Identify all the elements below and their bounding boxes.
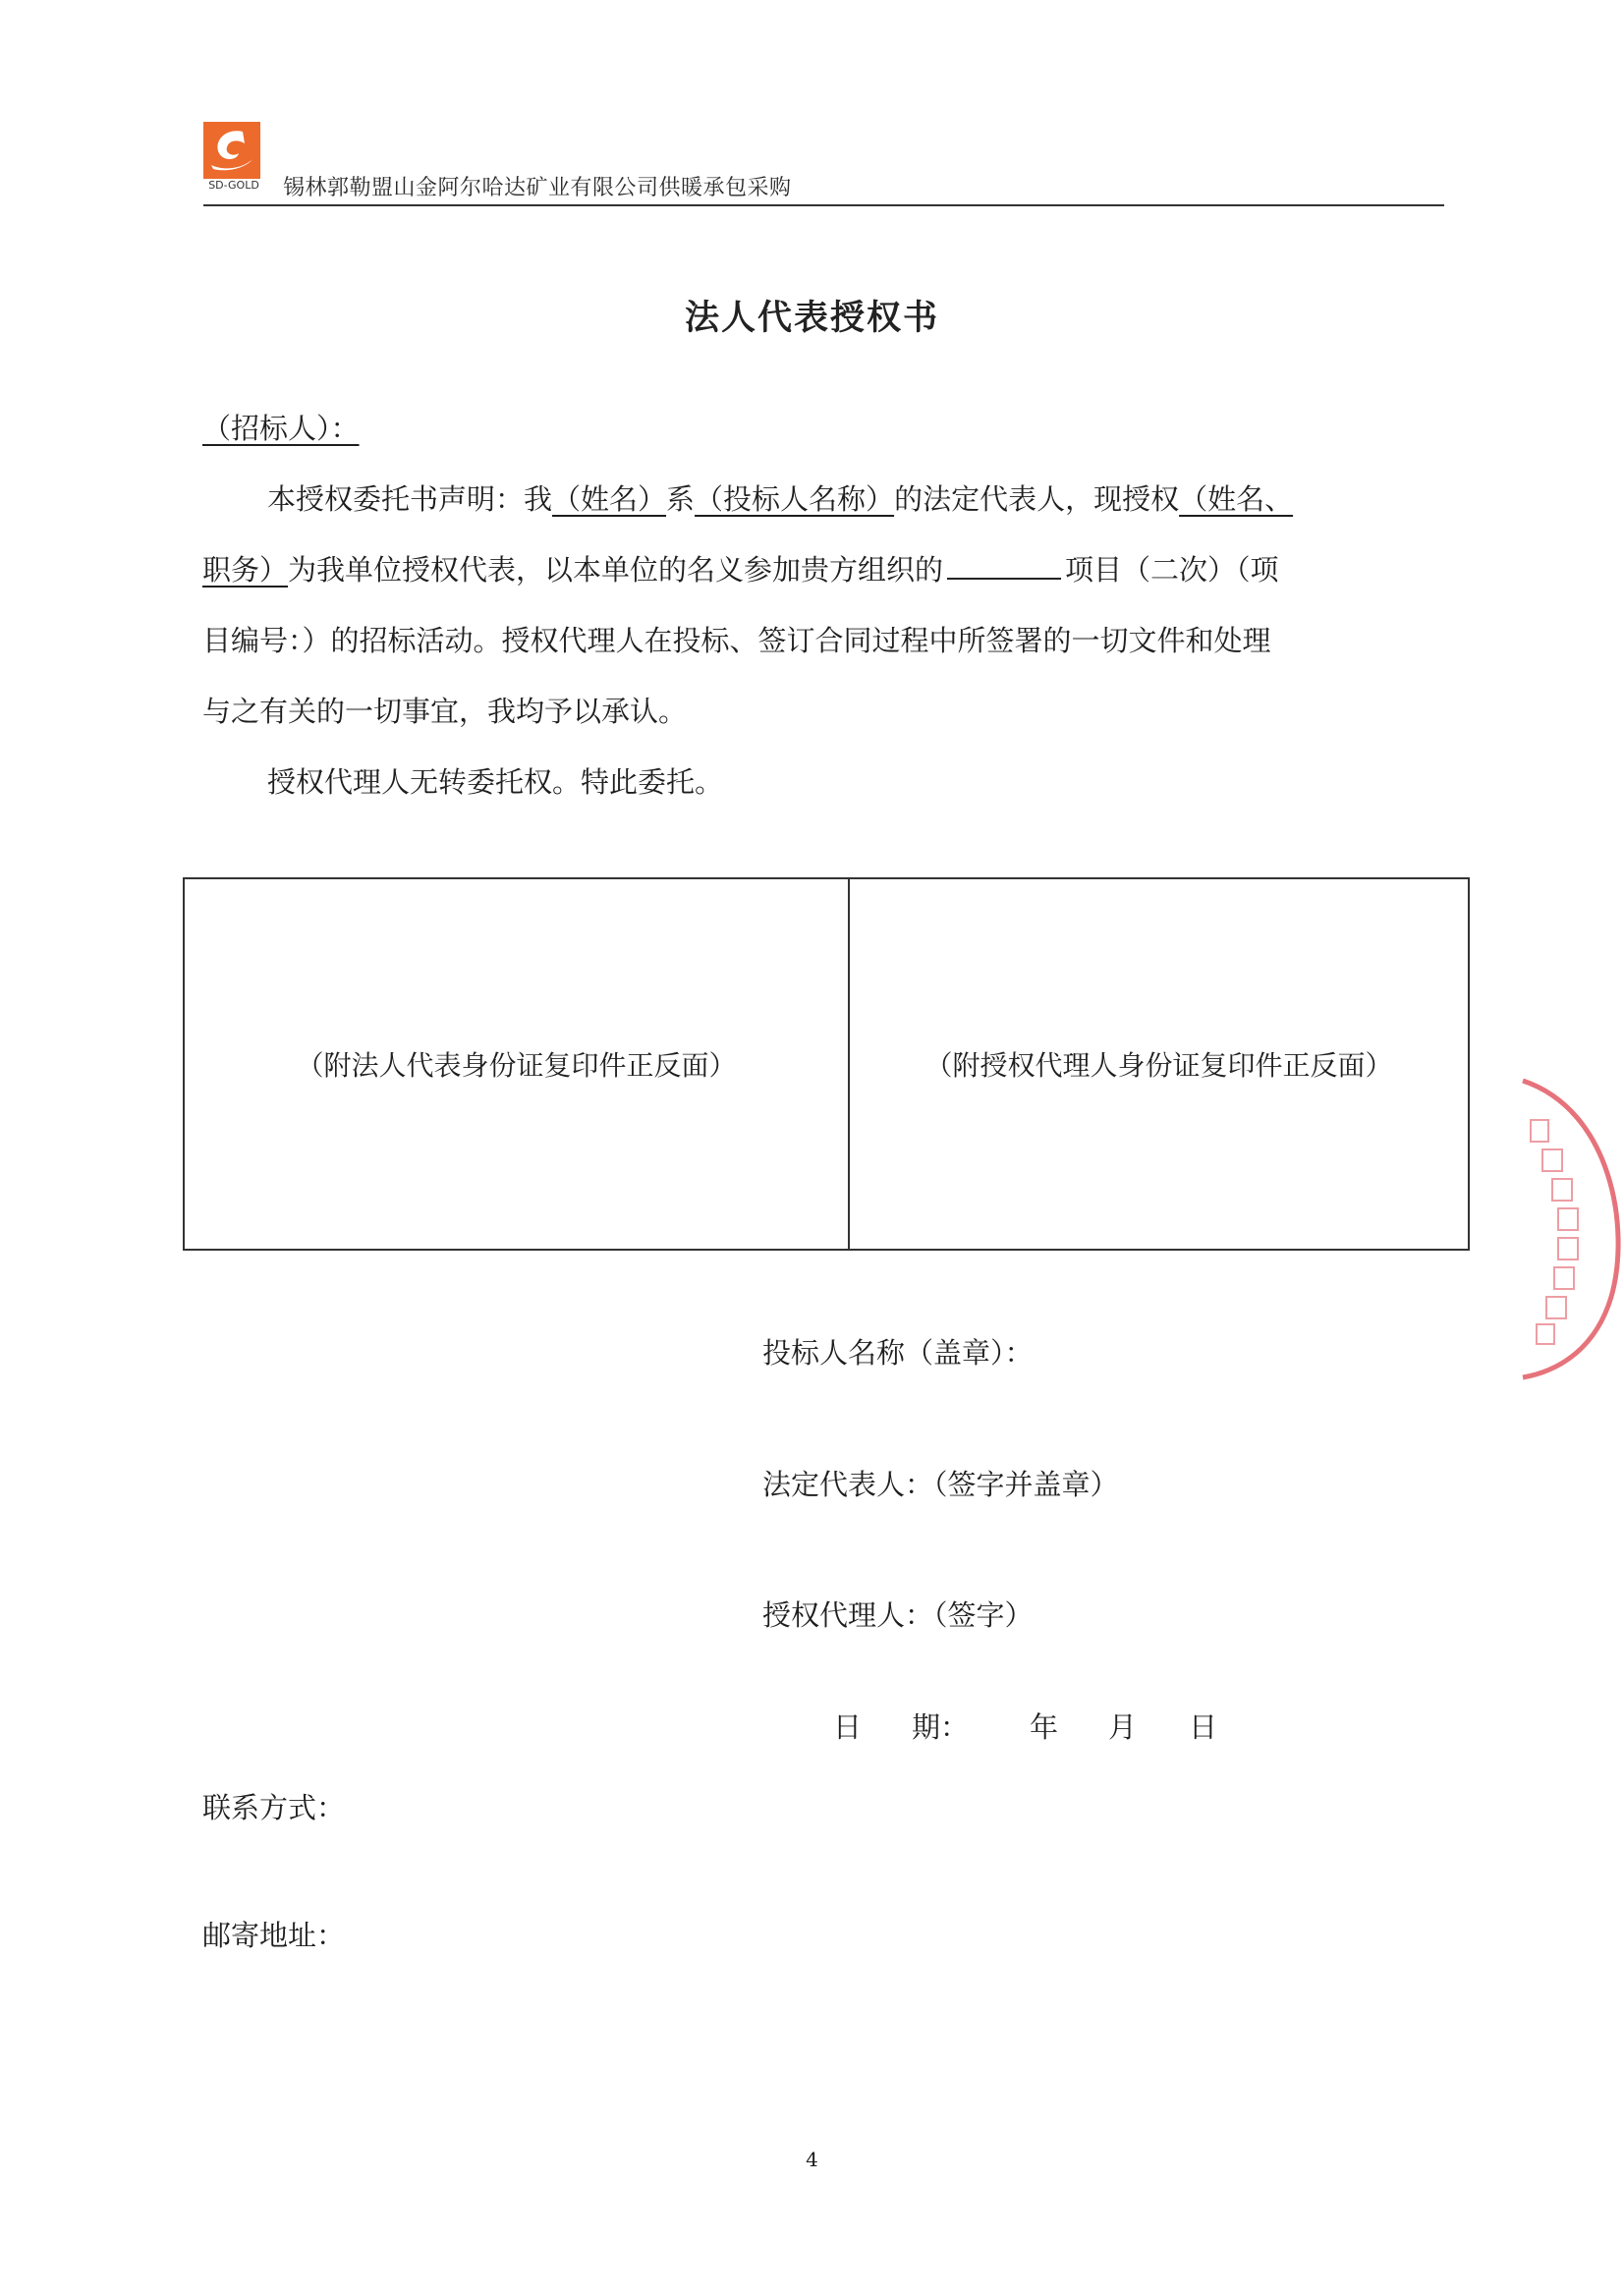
contact-label: 联系方式： — [202, 1790, 345, 1825]
bidder-seal-label: 投标人名称（盖章）： — [762, 1331, 1034, 1371]
date-day: 日 — [1189, 1706, 1217, 1746]
body-line-5: 授权代理人无转委托权。特此委托。 — [267, 764, 723, 800]
project-name-blank — [947, 552, 1061, 580]
date-label-2: 期： — [912, 1706, 969, 1746]
agent-id-placeholder: （附授权代理人身份证复印件正反面） — [924, 1044, 1392, 1084]
body-text: 为我单位授权代表，以本单位的名义参加贵方组织的 — [288, 553, 943, 587]
body-line-4: 与之有关的一切事宜，我均予以承认。 — [202, 694, 687, 729]
body-line-2: 职务）为我单位授权代表，以本单位的名义参加贵方组织的项目（二次）（项 — [202, 552, 1279, 588]
page-number: 4 — [0, 2148, 1624, 2171]
legal-rep-id-placeholder: （附法人代表身份证复印件正反面） — [296, 1044, 736, 1084]
header-title: 锡林郭勒盟山金阿尔哈达矿业有限公司供暖承包采购 — [283, 171, 792, 201]
legal-rep-id-cell: （附法人代表身份证复印件正反面） — [185, 879, 850, 1249]
id-copy-table: （附法人代表身份证复印件正反面） （附授权代理人身份证复印件正反面） — [183, 877, 1470, 1251]
red-seal-stamp-icon — [1503, 1071, 1624, 1385]
document-title: 法人代表授权书 — [0, 291, 1624, 340]
legal-rep-sign-label: 法定代表人：（签字并盖章） — [762, 1463, 1119, 1503]
body-text: 项目（二次）（项 — [1065, 553, 1279, 587]
logo-text: SD-GOLD — [202, 179, 265, 192]
body-text: 系 — [666, 482, 695, 516]
sd-gold-logo-icon — [203, 122, 260, 179]
addressee: （招标人）： — [202, 411, 360, 446]
legal-rep-name-field: （姓名） — [552, 482, 666, 516]
date-label-1: 日 — [833, 1706, 862, 1746]
body-text: 的法定代表人，现授权 — [894, 482, 1179, 516]
header-divider — [203, 204, 1444, 206]
body-line-1: 本授权委托书声明：我（姓名）系（投标人名称）的法定代表人，现授权（姓名、 — [267, 481, 1293, 517]
agent-name-field: （姓名、 — [1179, 482, 1293, 516]
body-text: 本授权委托书声明：我 — [267, 482, 552, 516]
agent-id-cell: （附授权代理人身份证复印件正反面） — [850, 879, 1468, 1249]
date-month: 月 — [1108, 1706, 1137, 1746]
address-label: 邮寄地址： — [202, 1918, 345, 1953]
agent-title-field: 职务） — [202, 553, 288, 587]
agent-sign-label: 授权代理人：（签字） — [762, 1594, 1034, 1634]
bidder-name-field: （投标人名称） — [695, 482, 894, 516]
body-line-3: 目编号：）的招标活动。授权代理人在投标、签订合同过程中所签署的一切文件和处理 — [202, 623, 1271, 658]
date-year: 年 — [1030, 1706, 1058, 1746]
